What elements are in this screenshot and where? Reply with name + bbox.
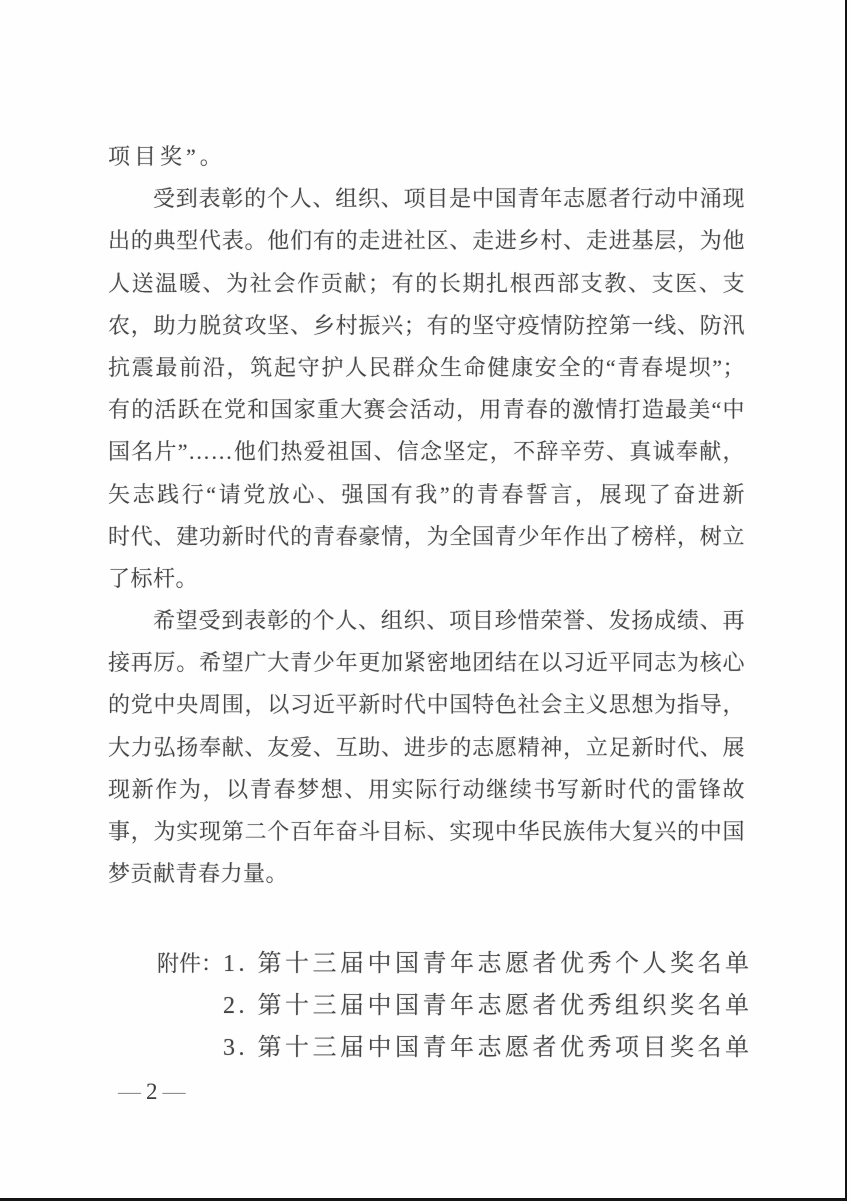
attachment-line: 3. 第十三届中国青年志愿者优秀项目奖名单 — [157, 1027, 757, 1069]
body-line: 事，为实现第二个百年奋斗目标、实现中华民族伟大复兴的中国 — [108, 811, 745, 853]
body-line: 了标杆。 — [108, 558, 745, 600]
body-line: 希望受到表彰的个人、组织、项目珍惜荣誉、发扬成绩、再 — [108, 600, 745, 642]
body-line: 的党中央周围，以习近平新时代中国特色社会主义思想为指导， — [108, 684, 745, 726]
body-line: 时代、建功新时代的青春豪情，为全国青少年作出了榜样，树立 — [108, 516, 745, 558]
body-line: 农，助力脱贫攻坚、乡村振兴；有的坚守疫情防控第一线、防汛 — [108, 305, 745, 347]
document-page: 项目奖”。 受到表彰的个人、组织、项目是中国青年志愿者行动中涌现 出的典型代表。… — [0, 0, 851, 1204]
body-line: 矢志践行“请党放心、强国有我”的青春誓言，展现了奋进新 — [108, 474, 745, 516]
page-number-dash: — — [118, 1079, 141, 1104]
body-line: 抗震最前沿，筑起守护人民群众生命健康安全的“青春堤坝”； — [108, 347, 745, 389]
body-line: 大力弘扬奉献、友爱、互助、进步的志愿精神，立足新时代、展 — [108, 727, 745, 769]
body-line: 出的典型代表。他们有的走进社区、走进乡村、走进基层，为他 — [108, 220, 745, 262]
body-line: 项目奖”。 — [108, 136, 745, 178]
body-line: 有的活跃在党和国家重大赛会活动，用青春的激情打造最美“中 — [108, 389, 745, 431]
body-line: 梦贡献青春力量。 — [108, 853, 745, 895]
body-line: 现新作为，以青春梦想、用实际行动继续书写新时代的雷锋故 — [108, 769, 745, 811]
attachments-label: 附件： — [157, 943, 223, 985]
attachments-block: 附件：1. 第十三届中国青年志愿者优秀个人奖名单 2. 第十三届中国青年志愿者优… — [157, 943, 757, 1069]
page-number: —2— — [118, 1077, 186, 1107]
page-number-dash: — — [163, 1079, 186, 1104]
scan-edge-right-line — [845, 0, 847, 1201]
attachment-item: 2. 第十三届中国青年志愿者优秀组织奖名单 — [223, 993, 753, 1019]
body-line: 受到表彰的个人、组织、项目是中国青年志愿者行动中涌现 — [108, 178, 745, 220]
attachment-line: 2. 第十三届中国青年志愿者优秀组织奖名单 — [157, 985, 757, 1027]
scan-edge-bottom-line — [0, 1198, 847, 1201]
attachment-item: 3. 第十三届中国青年志愿者优秀项目奖名单 — [223, 1035, 753, 1061]
body-line: 人送温暖、为社会作贡献；有的长期扎根西部支教、支医、支 — [108, 263, 745, 305]
body-line: 国名片”……他们热爱祖国、信念坚定，不辞辛劳、真诚奉献， — [108, 431, 745, 473]
body-line: 接再厉。希望广大青少年更加紧密地团结在以习近平同志为核心 — [108, 642, 745, 684]
page-number-value: 2 — [146, 1079, 158, 1104]
attachment-line: 附件：1. 第十三届中国青年志愿者优秀个人奖名单 — [157, 943, 757, 985]
body-text: 项目奖”。 受到表彰的个人、组织、项目是中国青年志愿者行动中涌现 出的典型代表。… — [108, 136, 745, 895]
attachment-item: 1. 第十三届中国青年志愿者优秀个人奖名单 — [223, 951, 753, 977]
